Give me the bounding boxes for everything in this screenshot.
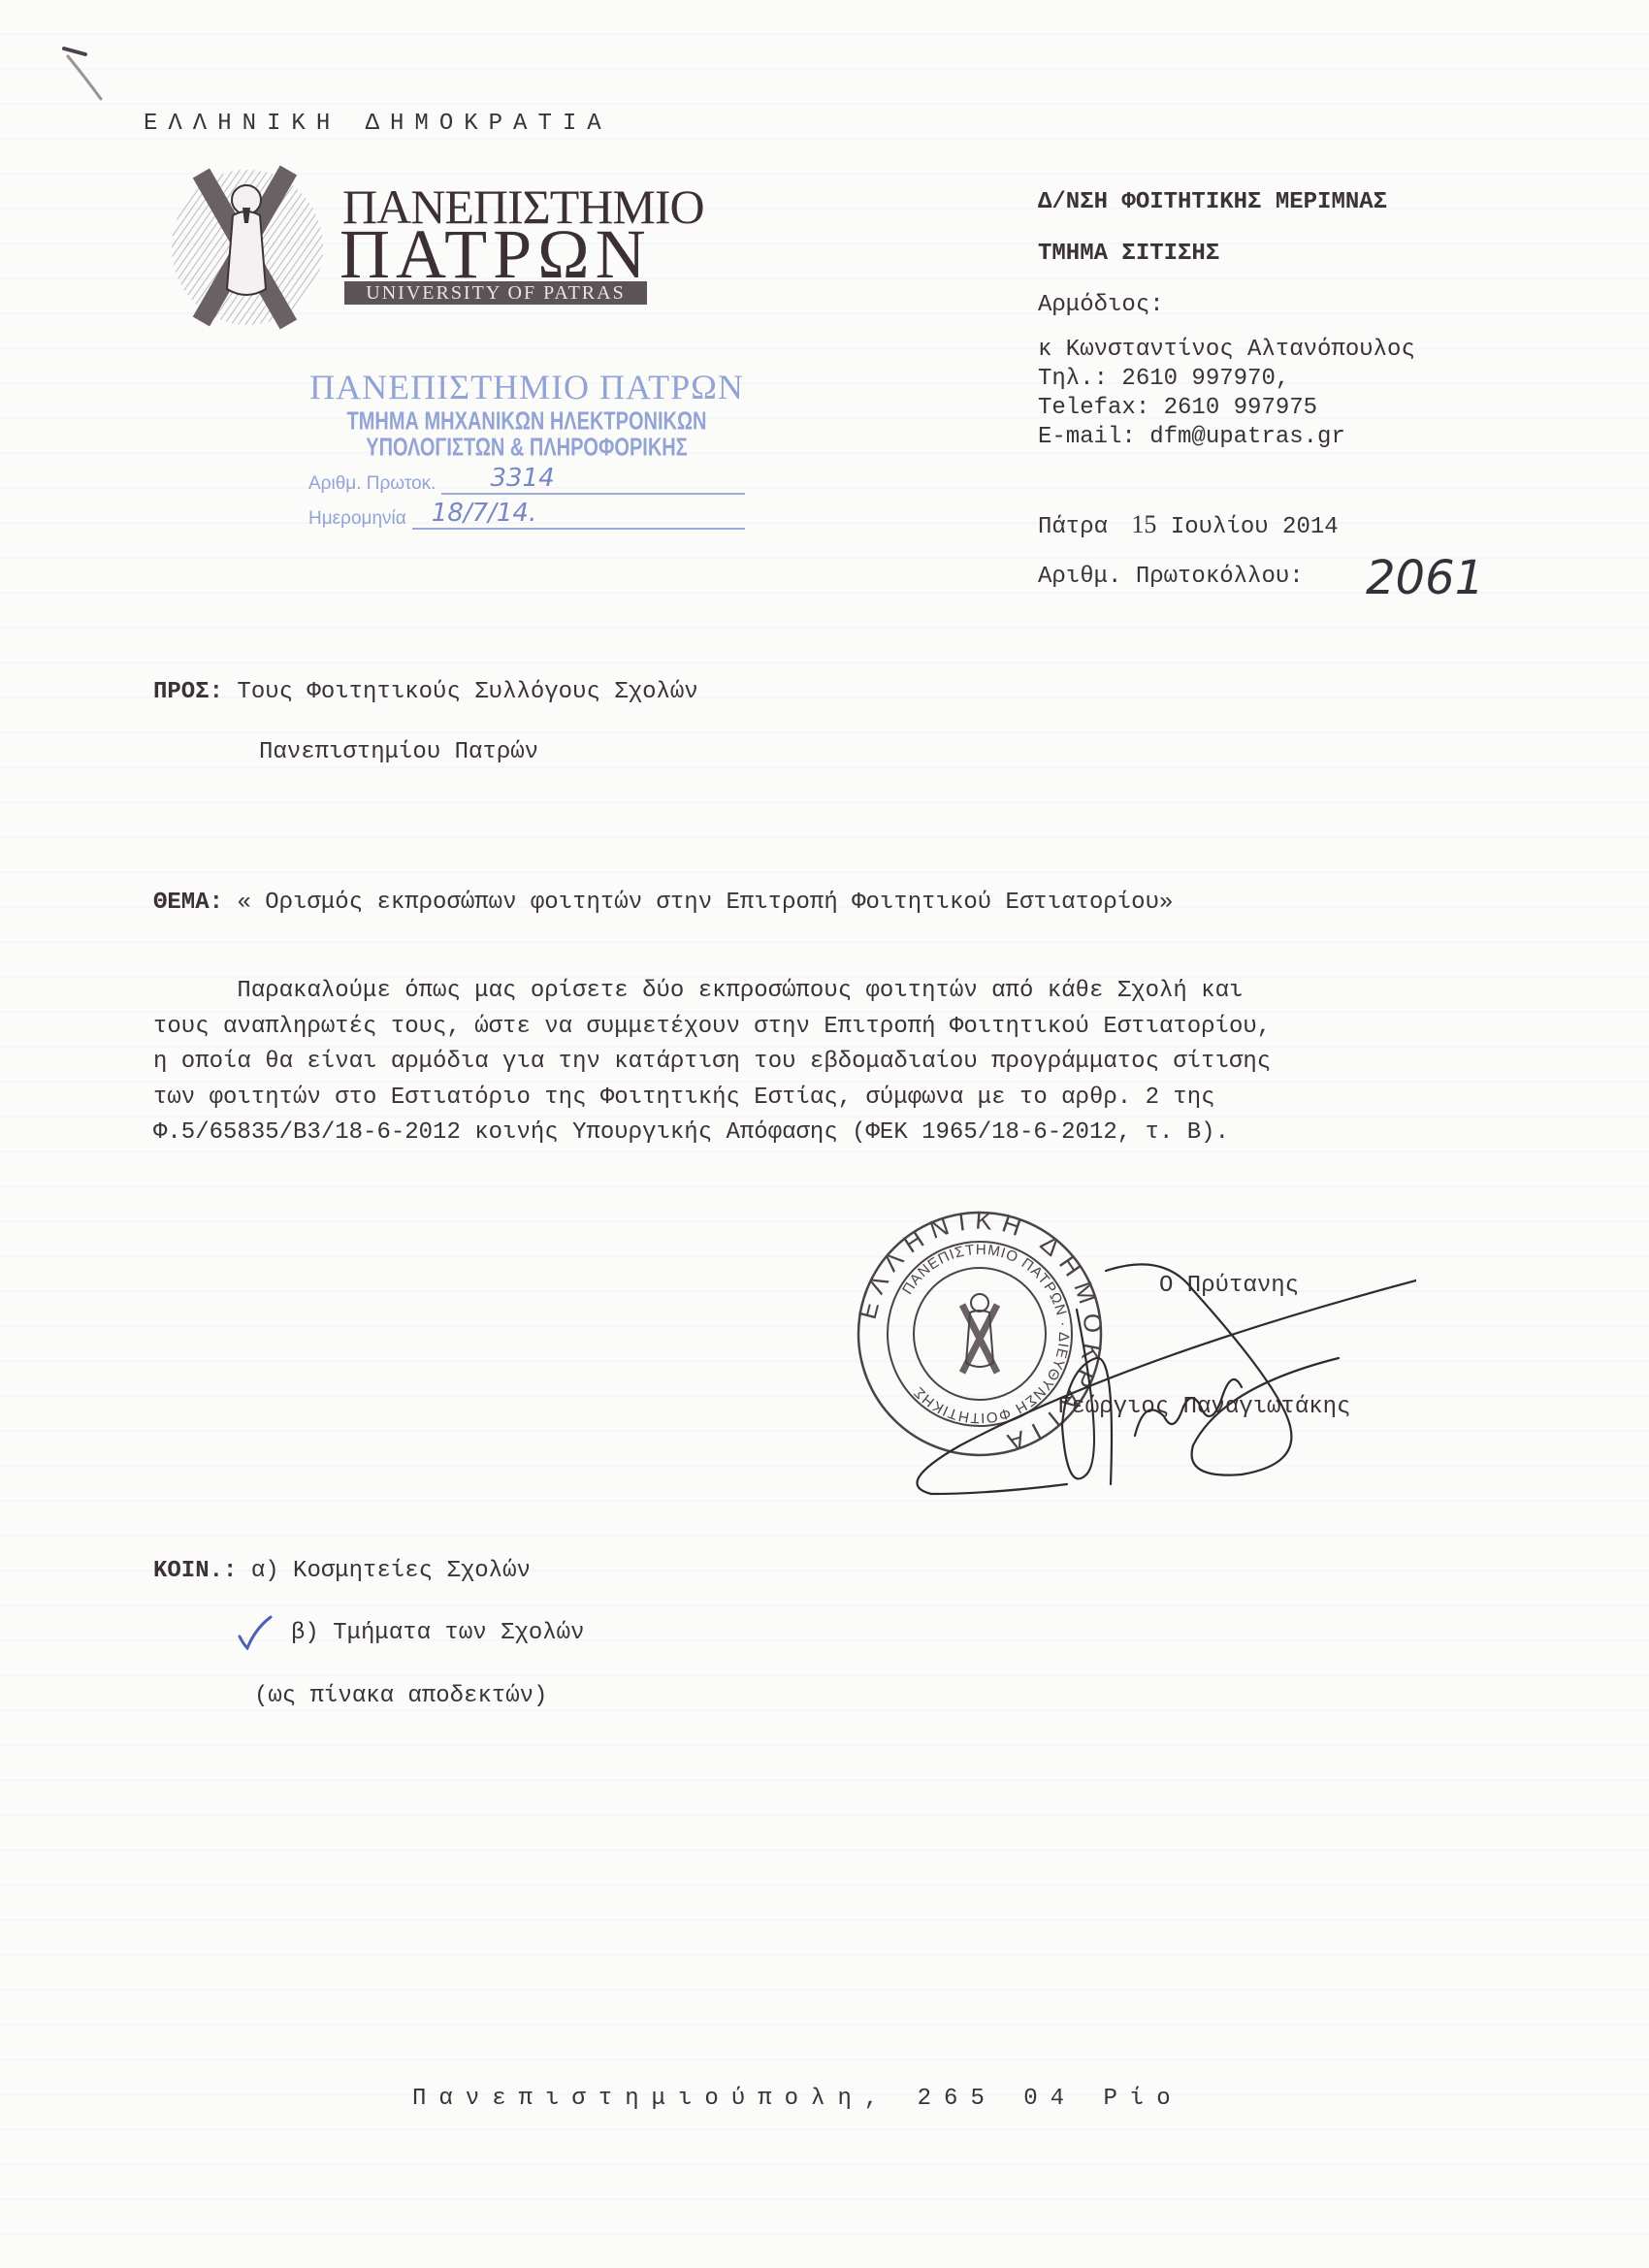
cc-label: ΚΟΙΝ.: (153, 1558, 237, 1584)
stamp-protocol-row: Αριθμ. Πρωτοκ. 3314 (308, 468, 745, 495)
body-line: των φοιτητών στο Εστιατόριο της Φοιτητικ… (153, 1081, 1463, 1117)
stamp-line2: ΤΜΗΜΑ ΜΗΧΑΝΙΚΩΝ ΗΛΕΚΤΡΟΝΙΚΩΝ (308, 408, 745, 437)
body-line: Φ.5/65835/Β3/18-6-2012 κοινής Υπουργικής… (153, 1116, 1463, 1151)
incoming-stamp: ΠΑΝΕΠΙΣΤΗΜΙΟ ΠΑΤΡΩΝ ΤΜΗΜΑ ΜΗΧΑΝΙΚΩΝ ΗΛΕΚ… (308, 367, 745, 530)
logo-band: UNIVERSITY OF PATRAS (344, 281, 647, 305)
cc-item-a: α) Κοσμητείες Σχολών (251, 1558, 531, 1584)
stamp-protocol-label: Αριθμ. Πρωτοκ. (308, 473, 436, 495)
stamp-line1: ΠΑΝΕΠΙΣΤΗΜΙΟ ΠΑΤΡΩΝ (308, 367, 745, 407)
saint-andrew-logo-icon (165, 165, 330, 330)
signature-icon (873, 1213, 1416, 1504)
stamp-line3: ΥΠΟΛΟΓΙΣΤΩΝ & ΠΛΗΡΟΦΟΡΙΚΗΣ (308, 435, 745, 464)
recipient-line2: Πανεπιστημίου Πατρών (259, 739, 538, 765)
contact-email[interactable]: E-mail: dfm@upatras.gr (1038, 423, 1345, 452)
department-heading: Δ/ΝΣΗ ΦΟΙΤΗΤΙΚΗΣ ΜΕΡΙΜΝΑΣ (1038, 189, 1387, 215)
stamp-date-row: Ημερομηνία 18/7/14. (308, 502, 745, 530)
date-line: Πάτρα 15 Ιουλίου 2014 (1038, 510, 1339, 540)
recipient-text: Τους Φοιτητικούς Συλλόγους Σχολών (237, 679, 697, 705)
date-place: Πάτρα (1038, 514, 1108, 540)
date-month-year: Ιουλίου 2014 (1171, 514, 1339, 540)
responsible-label: Αρμόδιος: (1038, 292, 1164, 318)
protocol-number-handwritten: 2061 (1366, 551, 1484, 605)
cc-item-b: β) Τμήματα των Σχολών (291, 1620, 584, 1646)
email-text[interactable]: E-mail: dfm@upatras.gr (1038, 424, 1345, 450)
footer-address: Πανεπιστημιούπολη, 265 04 Ρίο (412, 2086, 1183, 2112)
contact-name: κ Κωνσταντίνος Αλτανόπουλος (1038, 336, 1415, 365)
handwritten-mark-icon (56, 39, 114, 107)
body-line: Παρακαλούμε όπως μας ορίσετε δύο εκπροσώ… (153, 974, 1463, 1010)
cc-line1: ΚΟΙΝ.: α) Κοσμητείες Σχολών (153, 1558, 531, 1584)
logo-title-line2: ΠΑΤΡΩΝ (339, 219, 652, 289)
protocol-label: Αριθμ. Πρωτοκόλλου: (1038, 564, 1304, 590)
date-day: 15 (1131, 510, 1156, 538)
republic-heading: ΕΛΛΗΝΙΚΗ ΔΗΜΟΚΡΑΤΙΑ (144, 111, 612, 137)
section-heading: ΤΜΗΜΑ ΣΙΤΙΣΗΣ (1038, 241, 1219, 267)
subject-label: ΘΕΜΑ: (153, 890, 223, 916)
recipient-label: ΠΡΟΣ: (153, 679, 223, 705)
subject-text: « Ορισμός εκπροσώπων φοιτητών στην Επιτρ… (237, 890, 1173, 916)
body-line: τους αναπληρωτές τους, ώστε να συμμετέχο… (153, 1010, 1463, 1046)
checkmark-icon (236, 1615, 275, 1650)
body-line: η οποία θα είναι αρμόδια για την κατάρτι… (153, 1045, 1463, 1081)
stamp-protocol-value: 3314 (490, 464, 554, 493)
stamp-date-value: 18/7/14. (432, 499, 537, 528)
cc-note: (ως πίνακα αποδεκτών) (254, 1683, 547, 1709)
subject-line: ΘΕΜΑ: « Ορισμός εκπροσώπων φοιτητών στην… (153, 890, 1173, 916)
body-paragraph: Παρακαλούμε όπως μας ορίσετε δύο εκπροσώ… (153, 974, 1463, 1151)
recipient-line1: ΠΡΟΣ: Τους Φοιτητικούς Συλλόγους Σχολών (153, 679, 698, 705)
contact-phone: Τηλ.: 2610 997970, (1038, 365, 1289, 394)
contact-telefax: Telefax: 2610 997975 (1038, 394, 1317, 423)
stamp-date-label: Ημερομηνία (308, 508, 406, 530)
